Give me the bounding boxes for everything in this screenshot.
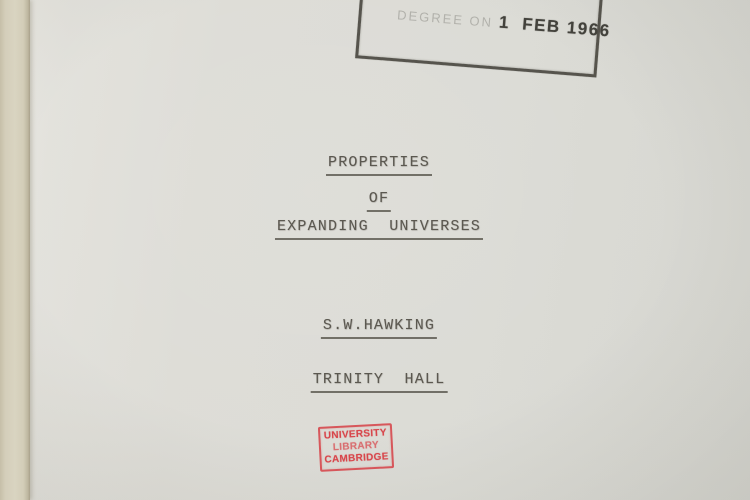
- title-line-expanding-universes: EXPANDING UNIVERSES: [275, 219, 483, 240]
- author-name: S.W.HAWKING: [321, 318, 437, 339]
- title-line-of: OF: [367, 191, 391, 212]
- approval-stamp-box: DEGREE ON1 FEB 1966: [355, 0, 607, 77]
- approval-stamp-faint-text: DEGREE ON: [397, 7, 494, 30]
- title-line-properties: PROPERTIES: [326, 155, 432, 176]
- approval-stamp-date: 1 FEB 1966: [498, 13, 611, 41]
- library-stamp: UNIVERSITY LIBRARY CAMBRIDGE: [318, 423, 394, 472]
- thesis-title-page: DEGREE ON1 FEB 1966 PROPERTIES OF EXPAND…: [0, 0, 750, 500]
- book-page-edges: [0, 0, 30, 500]
- book-photograph: DEGREE ON1 FEB 1966 PROPERTIES OF EXPAND…: [0, 0, 750, 500]
- college-name: TRINITY HALL: [311, 372, 448, 393]
- approval-stamp-text-row: DEGREE ON1 FEB 1966: [360, 0, 588, 57]
